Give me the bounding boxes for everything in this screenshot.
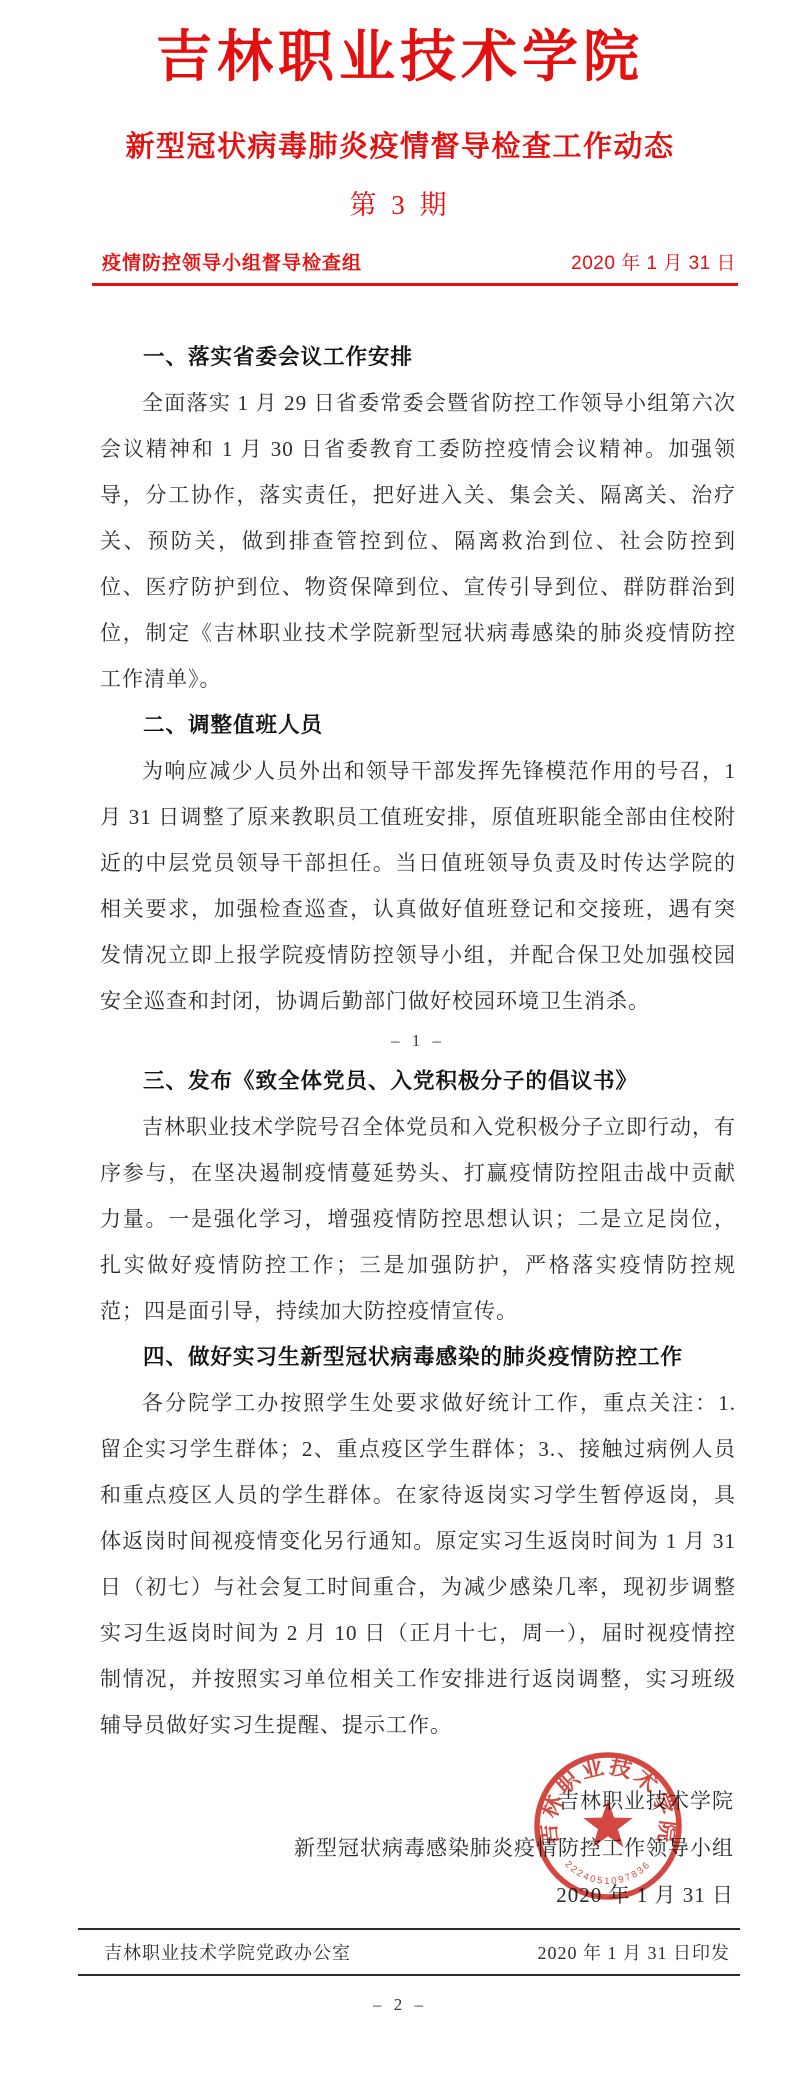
- document-subtitle: 新型冠状病毒肺炎疫情督导检查工作动态: [0, 128, 800, 166]
- document-page: 吉林职业技术学院 新型冠状病毒肺炎疫情督导检查工作动态 第 3 期 疫情防控领导…: [0, 0, 800, 2074]
- colophon-office: 吉林职业技术学院党政办公室: [104, 1939, 351, 1965]
- colophon-print-date: 2020 年 1 月 31 日印发: [538, 1939, 731, 1965]
- section-4-heading: 四、做好实习生新型冠状病毒感染的肺炎疫情防控工作: [100, 1334, 736, 1380]
- section-2-heading: 二、调整值班人员: [100, 702, 736, 748]
- signature-group: 新型冠状病毒感染肺炎疫情防控工作领导小组: [294, 1825, 734, 1872]
- section-1-paragraph: 全面落实 1 月 29 日省委常委会暨省防控工作领导小组第六次会议精神和 1 月…: [100, 380, 736, 702]
- section-3-heading: 三、发布《致全体党员、入党积极分子的倡议书》: [100, 1058, 736, 1104]
- signature-block: 吉林职业技术学院 新型冠状病毒感染肺炎疫情防控工作领导小组 2020 年 1 月…: [294, 1778, 734, 1919]
- section-4-paragraph: 各分院学工办按照学生处要求做好统计工作，重点关注：1. 留企实习学生群体；2、重…: [100, 1380, 736, 1748]
- section-2-paragraph: 为响应减少人员外出和领导干部发挥先锋模范作用的号召，1 月 31 日调整了原来教…: [100, 748, 736, 1024]
- document-body: 一、落实省委会议工作安排 全面落实 1 月 29 日省委常委会暨省防控工作领导小…: [100, 334, 736, 1748]
- page-2-marker: – 2 –: [0, 1990, 800, 2020]
- signature-date: 2020 年 1 月 31 日: [294, 1872, 734, 1919]
- section-1-heading: 一、落实省委会议工作安排: [100, 334, 736, 380]
- issue-number: 第 3 期: [0, 188, 800, 222]
- section-3-paragraph: 吉林职业技术学院号召全体党员和入党积极分子立即行动，有序参与，在坚决遏制疫情蔓延…: [100, 1104, 736, 1334]
- colophon-bar: 吉林职业技术学院党政办公室 2020 年 1 月 31 日印发: [78, 1928, 740, 1976]
- page-title: 吉林职业技术学院: [0, 26, 800, 90]
- page-1-marker: – 1 –: [100, 1026, 736, 1056]
- signature-org: 吉林职业技术学院: [294, 1778, 734, 1825]
- document-head: 吉林职业技术学院 新型冠状病毒肺炎疫情督导检查工作动态 第 3 期 疫情防控领导…: [0, 0, 800, 286]
- masthead-org: 疫情防控领导小组督导检查组: [102, 248, 362, 275]
- masthead-date: 2020 年 1 月 31 日: [571, 248, 736, 275]
- masthead: 疫情防控领导小组督导检查组 2020 年 1 月 31 日: [92, 248, 738, 286]
